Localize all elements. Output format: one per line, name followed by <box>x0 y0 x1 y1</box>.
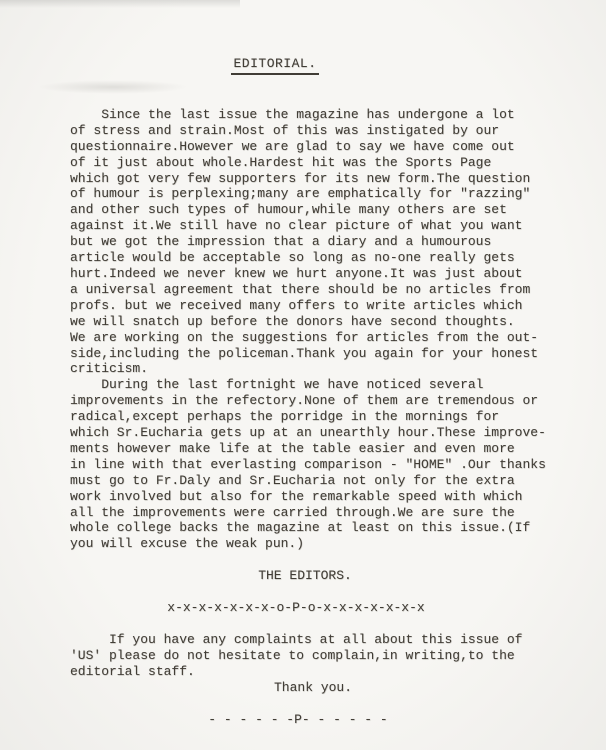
text-line: of it just about whole.Hardest hit was t… <box>70 155 606 171</box>
text-line: article would be acceptable so long as n… <box>70 250 606 266</box>
text-line: During the last fortnight we have notice… <box>70 377 606 393</box>
page-title: EDITORIAL. <box>0 56 578 75</box>
text-line: improvements in the refectory.None of th… <box>70 393 606 409</box>
text-line: of humour is perplexing;many are emphati… <box>70 186 606 202</box>
text-line: criticism. <box>70 361 606 377</box>
text-line: all the improvements were carried throug… <box>70 505 606 521</box>
text-line: hurt.Indeed we never knew we hurt anyone… <box>70 266 606 282</box>
text-line: radical,except perhaps the porridge in t… <box>70 409 606 425</box>
text-line: you will excuse the weak pun.) <box>70 536 606 552</box>
editors-sign-off: THE EDITORS. <box>2 568 606 584</box>
text-line: editorial staff. <box>70 664 606 680</box>
typographic-divider-dash: - - - - - -P- - - - - - <box>0 712 601 728</box>
text-line: If you have any complaints at all about … <box>70 632 606 648</box>
text-line: whole college backs the magazine at leas… <box>70 520 606 536</box>
editorial-body: Since the last issue the magazine has un… <box>70 107 606 552</box>
text-line: which got very few supporters for its ne… <box>70 171 606 187</box>
text-line: must go to Fr.Daly and Sr.Eucharia not o… <box>70 473 606 489</box>
text-line: profs. but we received many offers to wr… <box>70 298 606 314</box>
paper-smudge <box>38 80 188 94</box>
text-line: We are working on the suggestions for ar… <box>70 330 606 346</box>
text-line: 'US' please do not hesitate to complain,… <box>70 648 606 664</box>
text-line: in line with that everlasting comparison… <box>70 457 606 473</box>
text-line: side,including the policeman.Thank you a… <box>70 346 606 362</box>
text-line: but we got the impression that a diary a… <box>70 234 606 250</box>
typographic-divider-x: x-x-x-x-x-x-x-o-P-o-x-x-x-x-x-x-x <box>0 600 599 616</box>
text-line: which Sr.Eucharia gets up at an unearthl… <box>70 425 606 441</box>
text-line: we will snatch up before the donors have… <box>70 314 606 330</box>
scanned-editorial-page: EDITORIAL. Since the last issue the maga… <box>0 0 606 750</box>
text-line: a universal agreement that there should … <box>70 282 606 298</box>
scan-shadow-top <box>0 0 240 8</box>
text-line: ments however make life at the table eas… <box>70 441 606 457</box>
text-line: Since the last issue the magazine has un… <box>70 107 606 123</box>
text-line: questionnaire.However we are glad to say… <box>70 139 606 155</box>
text-line: and other such types of humour,while man… <box>70 202 606 218</box>
page-title-text: EDITORIAL. <box>231 56 318 75</box>
text-line: of stress and strain.Most of this was in… <box>70 123 606 139</box>
postscript: If you have any complaints at all about … <box>70 632 606 680</box>
thank-you-line: Thank you. <box>10 680 606 696</box>
text-line: against it.We still have no clear pictur… <box>70 218 606 234</box>
text-line: work involved but also for the remarkabl… <box>70 489 606 505</box>
